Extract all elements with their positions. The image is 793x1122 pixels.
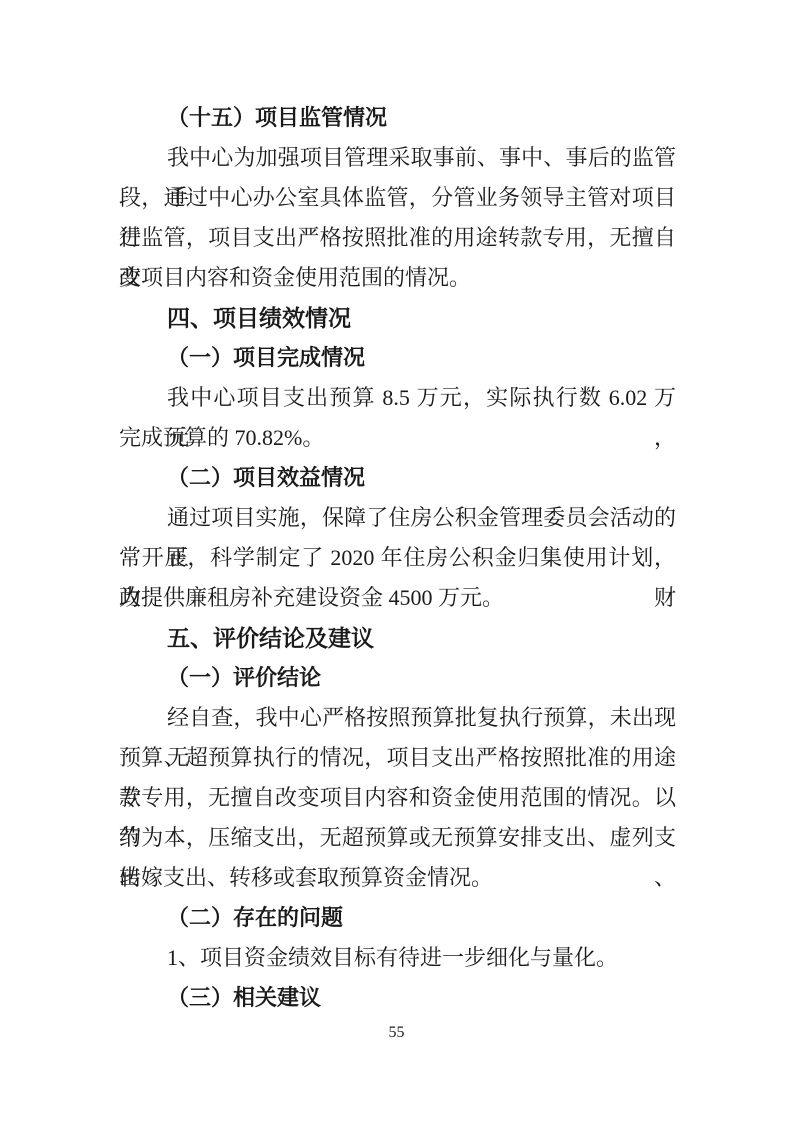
subsection-heading: （二）存在的问题 xyxy=(119,898,676,938)
paragraph-line: 1、项目资金绩效目标有待进一步细化与量化。 xyxy=(119,938,676,978)
document-body: （十五）项目监管情况我中心为加强项目管理采取事前、事中、事后的监管手段，通过中心… xyxy=(119,98,676,1018)
paragraph-line: 变项目内容和资金使用范围的情况。 xyxy=(119,258,676,298)
subsection-heading: （一）评价结论 xyxy=(119,658,676,698)
section-heading: 四、项目绩效情况 xyxy=(119,298,676,338)
paragraph-line: 经自查，我中心严格按照预算批复执行预算，未出现无 xyxy=(119,698,676,738)
subsection-heading: （十五）项目监管情况 xyxy=(119,98,676,138)
paragraph-line: 常开展，科学制定了 2020 年住房公积金归集使用计划，为财 xyxy=(119,538,676,578)
paragraph-line: 约为本，压缩支出，无超预算或无预算安排支出、虚列支出、 xyxy=(119,818,676,858)
paragraph-line: 我中心为加强项目管理采取事前、事中、事后的监管手 xyxy=(119,138,676,178)
subsection-heading: （三）相关建议 xyxy=(119,978,676,1018)
page-number: 55 xyxy=(0,1022,793,1044)
paragraph-line: 行监管，项目支出严格按照批准的用途转款专用，无擅自改 xyxy=(119,218,676,258)
paragraph-line: 通过项目实施，保障了住房公积金管理委员会活动的正 xyxy=(119,498,676,538)
paragraph-line: 段，通过中心办公室具体监管，分管业务领导主管对项目进 xyxy=(119,178,676,218)
paragraph-line: 我中心项目支出预算 8.5 万元，实际执行数 6.02 万元， xyxy=(119,378,676,418)
document-page: （十五）项目监管情况我中心为加强项目管理采取事前、事中、事后的监管手段，通过中心… xyxy=(0,0,793,1122)
subsection-heading: （二）项目效益情况 xyxy=(119,458,676,498)
section-heading: 五、评价结论及建议 xyxy=(119,618,676,658)
subsection-heading: （一）项目完成情况 xyxy=(119,338,676,378)
paragraph-line: 预算、超预算执行的情况，项目支出严格按照批准的用途专 xyxy=(119,738,676,778)
paragraph-line: 款专用，无擅自改变项目内容和资金使用范围的情况。以节 xyxy=(119,778,676,818)
